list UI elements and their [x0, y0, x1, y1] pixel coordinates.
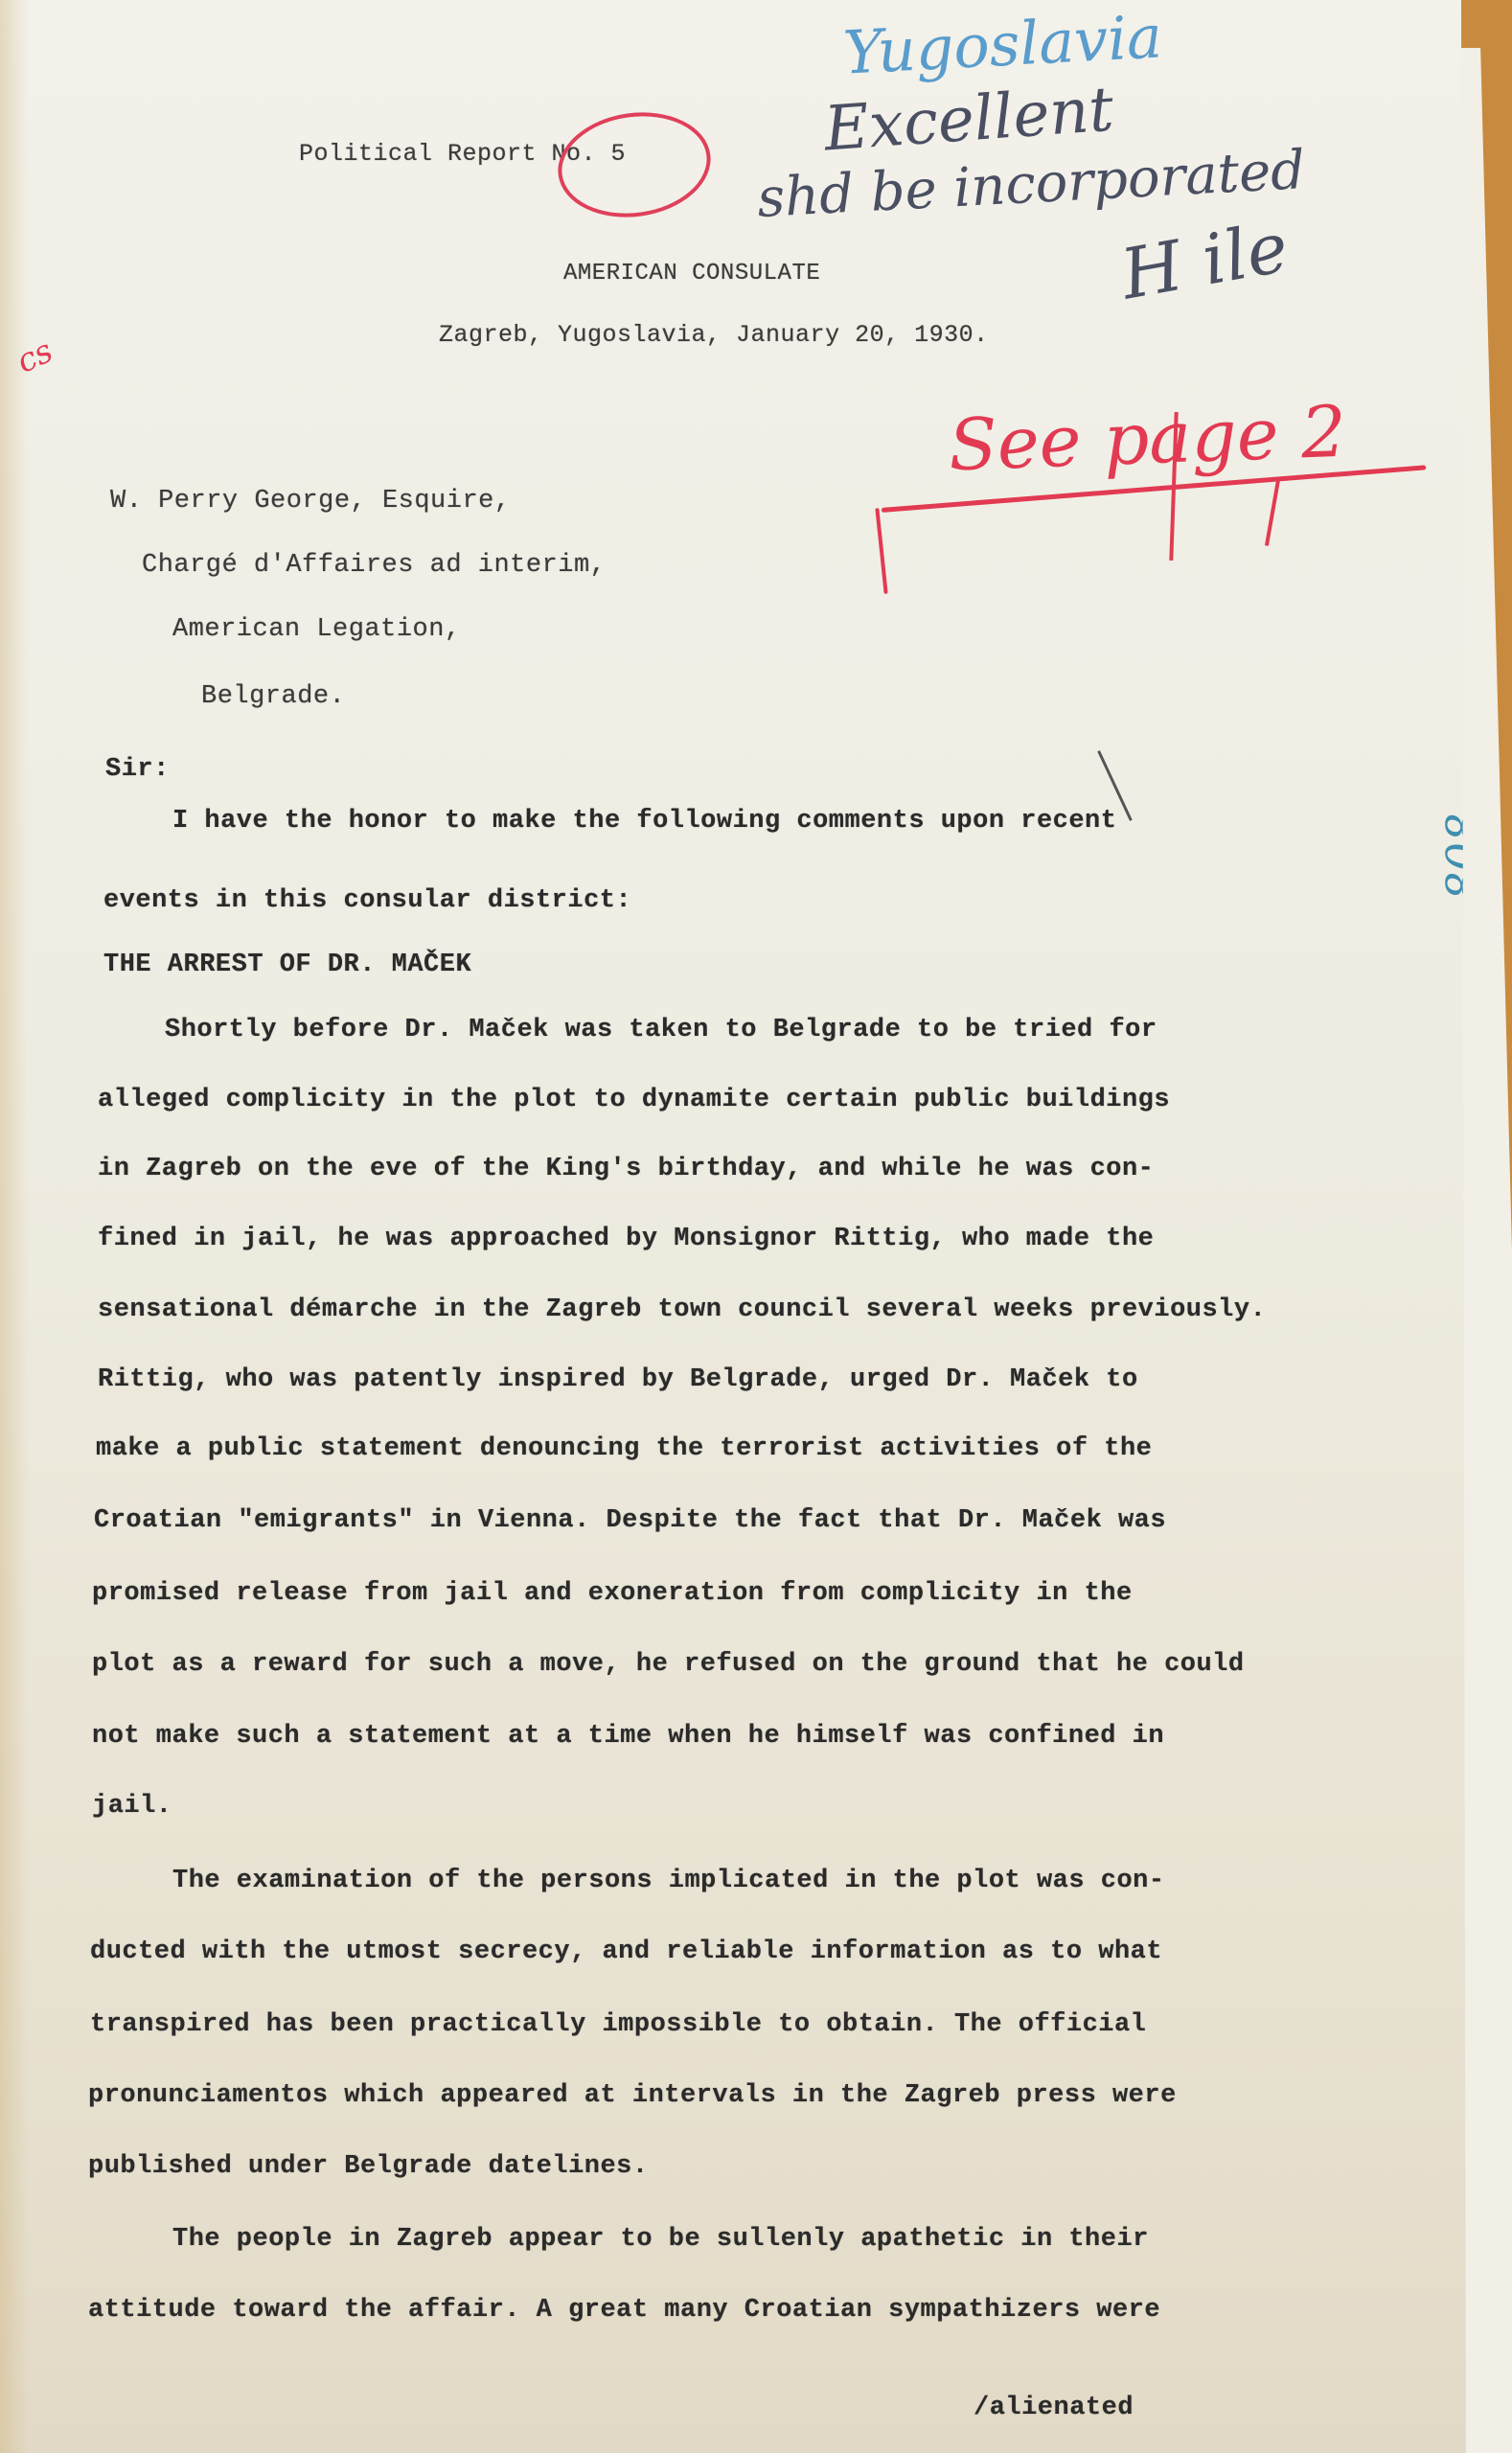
paragraph-line: transpired has been practically impossib…	[90, 2010, 1146, 2039]
paragraph-line: attitude toward the affair. A great many…	[88, 2296, 1160, 2325]
salutation: Sir:	[105, 755, 170, 784]
initials-annotation: H ile	[1115, 207, 1294, 315]
document-page: Political Report No. 5 AMERICAN CONSULAT…	[0, 0, 1466, 2453]
paragraph-line: Shortly before Dr. Maček was taken to Be…	[165, 1016, 1157, 1044]
red-underline-tick	[875, 508, 887, 594]
place-date: Zagreb, Yugoslavia, January 20, 1930.	[439, 321, 989, 349]
country-annotation: Yugoslavia	[841, 1, 1163, 87]
addressee-city: Belgrade.	[201, 682, 345, 711]
paragraph-line: not make such a statement at a time when…	[92, 1722, 1164, 1751]
paragraph-line: pronunciamentos which appeared at interv…	[88, 2081, 1177, 2110]
intro-line-2: events in this consular district:	[103, 886, 631, 915]
section-heading: THE ARREST OF DR. MAČEK	[103, 951, 471, 979]
paragraph-line: fined in jail, he was approached by Mons…	[98, 1225, 1154, 1253]
paragraph-line: The examination of the persons implicate…	[172, 1867, 1165, 1895]
addressee-legation: American Legation,	[172, 615, 461, 644]
intro-line-1: I have the honor to make the following c…	[172, 807, 1116, 836]
addressee-title: Chargé d'Affaires ad interim,	[142, 551, 606, 580]
paragraph-line: Rittig, who was patently inspired by Bel…	[98, 1365, 1138, 1394]
paragraph-line: jail.	[92, 1792, 172, 1821]
paragraph-line: promised release from jail and exonerati…	[92, 1579, 1133, 1608]
red-descender-stroke	[1265, 479, 1280, 546]
paragraph-line: sensational démarche in the Zagreb town …	[98, 1295, 1266, 1324]
paragraph-line: make a public statement denouncing the t…	[96, 1434, 1152, 1463]
office-heading: AMERICAN CONSULATE	[563, 261, 820, 287]
paragraph-line: in Zagreb on the eve of the King's birth…	[98, 1155, 1154, 1183]
paragraph-line: The people in Zagreb appear to be sullen…	[172, 2225, 1149, 2254]
see-page-annotation: See page 2	[948, 391, 1348, 487]
paragraph-line: published under Belgrade datelines.	[88, 2152, 649, 2181]
margin-mark: cs	[11, 332, 58, 381]
paragraph-line: alleged complicity in the plot to dynami…	[98, 1086, 1170, 1114]
paragraph-line: plot as a reward for such a move, he ref…	[92, 1650, 1245, 1679]
paragraph-line: ducted with the utmost secrecy, and reli…	[90, 1937, 1162, 1966]
paragraph-line: Croatian "emigrants" in Vienna. Despite …	[94, 1506, 1166, 1535]
red-circle-annotation	[551, 103, 717, 226]
addressee-name: W. Perry George, Esquire,	[110, 487, 511, 516]
catchword: /alienated	[974, 2394, 1134, 2422]
